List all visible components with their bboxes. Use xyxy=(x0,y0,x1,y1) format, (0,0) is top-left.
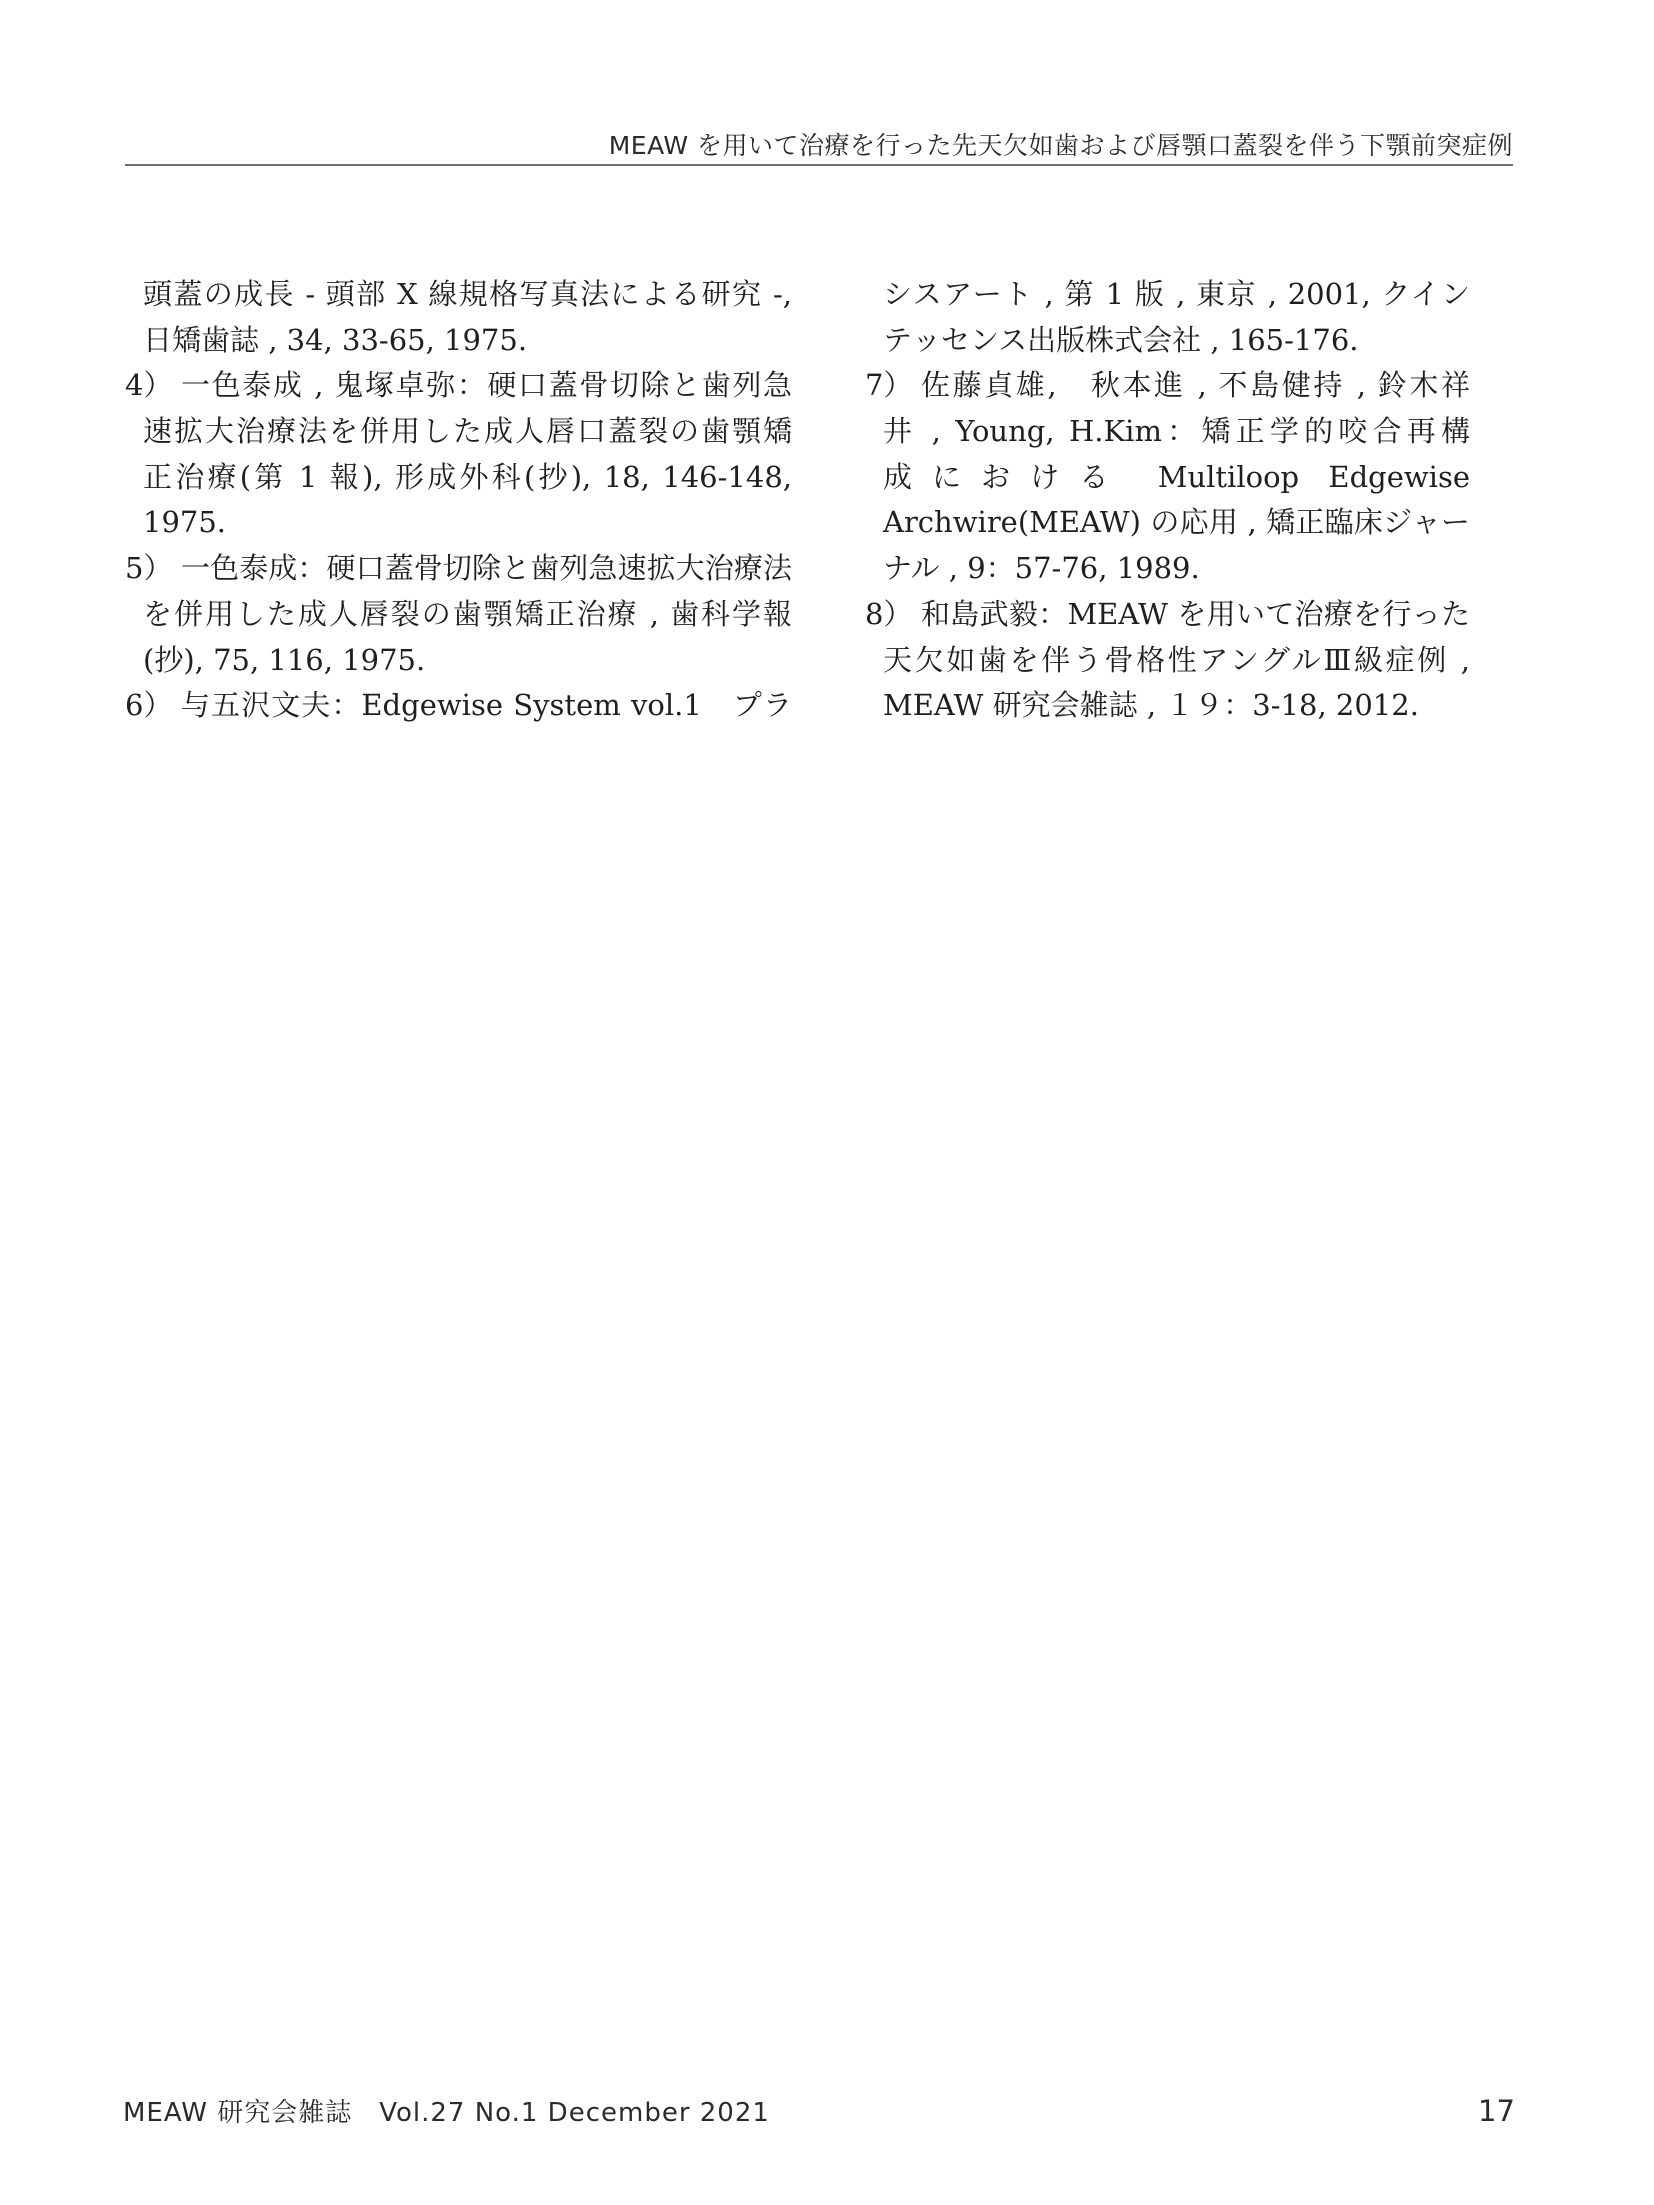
reference-text: 佐藤貞雄, 秋本進 , 不島健持 , 鈴木祥 xyxy=(921,368,1470,402)
reference-line: 日矯歯誌 , 34, 33-65, 1975. xyxy=(125,318,792,364)
references-left-column: 頭蓋の成長 - 頭部 X 線規格写真法による研究 -, 日矯歯誌 , 34, 3… xyxy=(125,272,792,729)
page-number: 17 xyxy=(1478,2094,1515,2128)
reference-number: 6） xyxy=(125,683,172,729)
reference-text: MEAW 研究会雑誌 , １９：3-18, 2012. xyxy=(883,688,1419,722)
reference-text: 与五沢文夫：Edgewise System vol.1 プラク xyxy=(181,688,792,729)
reference-line: を併用した成人唇裂の歯顎矯正治療 , 歯科学報 xyxy=(125,592,792,638)
reference-line: 8） 和島武毅：MEAW を用いて治療を行った先 xyxy=(865,592,1470,638)
reference-text: を併用した成人唇裂の歯顎矯正治療 , 歯科学報 xyxy=(143,597,792,631)
reference-text: 正治療(第 1 報), 形成外科(抄), 18, 146-148, xyxy=(143,460,792,494)
reference-text: 成における Multiloop Edgewise xyxy=(883,460,1470,494)
reference-text: 1975. xyxy=(143,505,226,539)
reference-line: 成における Multiloop Edgewise xyxy=(865,455,1470,501)
header-rule xyxy=(125,164,1513,166)
reference-text: シスアート , 第 1 版 , 東京 , 2001, クイン xyxy=(883,277,1470,311)
reference-line: 正治療(第 1 報), 形成外科(抄), 18, 146-148, xyxy=(125,455,792,501)
reference-number: 8） xyxy=(865,592,912,638)
reference-line: 6） 与五沢文夫：Edgewise System vol.1 プラク xyxy=(125,683,792,729)
footer-journal-line: MEAW 研究会雑誌 Vol.27 No.1 December 2021 xyxy=(123,2092,770,2129)
reference-text: 和島武毅：MEAW を用いて治療を行った先 xyxy=(921,597,1470,638)
reference-line: Archwire(MEAW) の応用 , 矯正臨床ジャー xyxy=(865,500,1470,546)
reference-text: 井 , Young, H.Kim：矯正学的咬合再構 xyxy=(883,414,1470,448)
reference-line: (抄), 75, 116, 1975. xyxy=(125,638,792,684)
running-head: MEAW を用いて治療を行った先天欠如歯および唇顎口蓋裂を伴う下顎前突症例 xyxy=(609,126,1513,162)
reference-text: ナル , 9：57-76, 1989. xyxy=(883,551,1200,585)
reference-text: 天欠如歯を伴う骨格性アングルⅢ級症例 , xyxy=(883,643,1470,677)
reference-text: 一色泰成：硬口蓋骨切除と歯列急速拡大治療法 xyxy=(181,551,792,585)
reference-line: 1975. xyxy=(125,500,792,546)
reference-line: 天欠如歯を伴う骨格性アングルⅢ級症例 , xyxy=(865,638,1470,684)
reference-text: 一色泰成 , 鬼塚卓弥：硬口蓋骨切除と歯列急 xyxy=(181,368,792,402)
reference-line: ナル , 9：57-76, 1989. xyxy=(865,546,1470,592)
reference-text: 速拡大治療法を併用した成人唇口蓋裂の歯顎矯 xyxy=(143,414,792,448)
reference-line: 4） 一色泰成 , 鬼塚卓弥：硬口蓋骨切除と歯列急 xyxy=(125,363,792,409)
reference-line: 頭蓋の成長 - 頭部 X 線規格写真法による研究 -, xyxy=(125,272,792,318)
reference-text: テッセンス出版株式会社 , 165-176. xyxy=(883,323,1359,357)
reference-number: 7） xyxy=(865,363,912,409)
reference-text: (抄), 75, 116, 1975. xyxy=(143,643,425,677)
reference-line: 5） 一色泰成：硬口蓋骨切除と歯列急速拡大治療法 xyxy=(125,546,792,592)
reference-number: 4） xyxy=(125,363,172,409)
reference-line: テッセンス出版株式会社 , 165-176. xyxy=(865,318,1470,364)
reference-text: Archwire(MEAW) の応用 , 矯正臨床ジャー xyxy=(883,505,1470,539)
reference-line: 井 , Young, H.Kim：矯正学的咬合再構 xyxy=(865,409,1470,455)
reference-text: 頭蓋の成長 - 頭部 X 線規格写真法による研究 -, xyxy=(143,277,792,311)
reference-number: 5） xyxy=(125,546,172,592)
reference-line: 7） 佐藤貞雄, 秋本進 , 不島健持 , 鈴木祥 xyxy=(865,363,1470,409)
references-right-column: シスアート , 第 1 版 , 東京 , 2001, クイン テッセンス出版株式… xyxy=(865,272,1470,729)
reference-line: 速拡大治療法を併用した成人唇口蓋裂の歯顎矯 xyxy=(125,409,792,455)
reference-line: MEAW 研究会雑誌 , １９：3-18, 2012. xyxy=(865,683,1470,729)
reference-text: 日矯歯誌 , 34, 33-65, 1975. xyxy=(143,323,527,357)
reference-line: シスアート , 第 1 版 , 東京 , 2001, クイン xyxy=(865,272,1470,318)
